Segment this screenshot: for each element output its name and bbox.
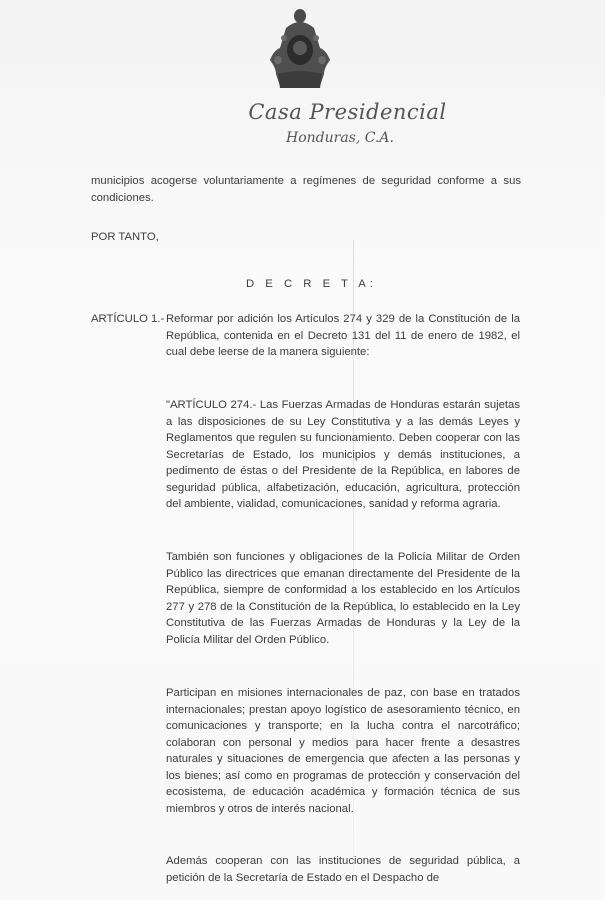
article-text: Reformar por adición los Artículos 274 y… [166, 311, 520, 361]
article-label: ARTÍCULO 1.- [91, 311, 164, 328]
intro-paragraph: municipios acogerse voluntariamente a re… [91, 173, 521, 206]
por-tanto-heading: POR TANTO, [91, 229, 159, 246]
document-page: Casa Presidencial Honduras, C.A. municip… [0, 0, 605, 900]
quoted-paragraph: "ARTÍCULO 274.- Las Fuerzas Armadas de H… [166, 397, 520, 513]
letterhead-title: Casa Presidencial [0, 100, 605, 124]
quoted-paragraph: También son funciones y obligaciones de … [166, 549, 520, 648]
honduras-coat-of-arms-icon [264, 8, 336, 92]
quoted-paragraph: Además cooperan con las instituciones de… [166, 853, 520, 886]
quoted-paragraph: Participan en misiones internacionales d… [166, 685, 520, 817]
decreta-heading: D E C R E T A: [246, 276, 377, 293]
letterhead-subtitle: Honduras, C.A. [0, 130, 605, 146]
